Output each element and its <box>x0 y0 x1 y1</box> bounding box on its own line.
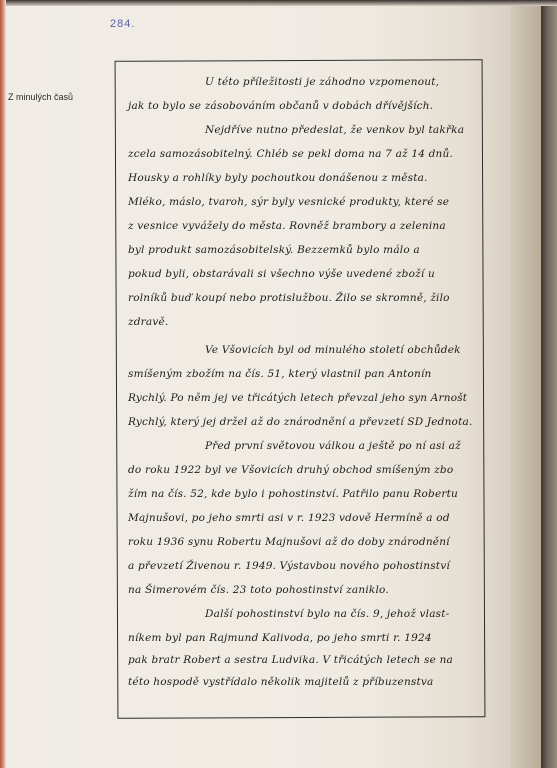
text-line: zcela samozásobitelný. Chléb se pekl dom… <box>128 148 453 160</box>
text-line: zdravě. <box>128 316 168 328</box>
text-line: a převzetí Živenou r. 1949. Výstavbou no… <box>128 560 450 572</box>
text-line: Mléko, máslo, tvaroh, sýr byly vesnické … <box>128 196 449 208</box>
text-line: této hospodě vystřídalo několik majitelů… <box>128 676 434 688</box>
book-gutter <box>511 6 541 768</box>
text-line: do roku 1922 byl ve Všovicích druhý obch… <box>128 464 453 476</box>
text-line: pokud byli, obstarávali si všechno výše … <box>128 268 435 280</box>
text-line: smíšeným zbožím na čís. 51, který vlastn… <box>128 368 431 380</box>
text-line: Housky a rohlíky byly pochoutkou donášen… <box>128 172 428 184</box>
facing-page-edge <box>541 6 557 768</box>
text-line: roku 1936 synu Robertu Majnušovi až do d… <box>128 536 450 548</box>
text-line: Ve Všovicích byl od minulého století obc… <box>205 344 461 356</box>
text-line: Majnušovi, po jeho smrti asi v r. 1923 v… <box>128 512 450 524</box>
text-line: pak bratr Robert a sestra Ludvika. V tři… <box>128 654 453 666</box>
text-line: Rychlý, který jej držel až do znárodnění… <box>128 416 473 428</box>
text-line: Nejdříve nutno předeslat, že venkov byl … <box>205 124 464 136</box>
text-line: níkem byl pan Rajmund Kalivoda, po jeho … <box>128 632 432 644</box>
text-line: Před první světovou válkou a ještě po ní… <box>205 440 461 452</box>
book-cover-edge <box>0 0 6 768</box>
text-line: žím na čís. 52, kde bylo i pohostinství.… <box>128 488 458 500</box>
page-number: 284. <box>110 18 135 30</box>
text-line: byl produkt samozásobitelský. Bezzemků b… <box>128 244 420 256</box>
text-line: U této příležitosti je záhodno vzpomenou… <box>205 76 439 88</box>
text-line: Další pohostinství bylo na čís. 9, jehož… <box>205 608 449 620</box>
text-line: rolníků buď koupí nebo protislužbou. Žil… <box>128 292 450 304</box>
text-line: z vesnice vyvážely do města. Rovněž bram… <box>128 220 446 232</box>
text-line: Rychlý. Po něm jej ve třicátých letech p… <box>128 392 467 404</box>
text-line: na Šimerovém čís. 23 toto pohostinství z… <box>128 584 389 596</box>
text-line: jak to bylo se zásobováním občanů v dobá… <box>128 100 433 112</box>
margin-heading: Z minulých časů <box>8 92 73 102</box>
